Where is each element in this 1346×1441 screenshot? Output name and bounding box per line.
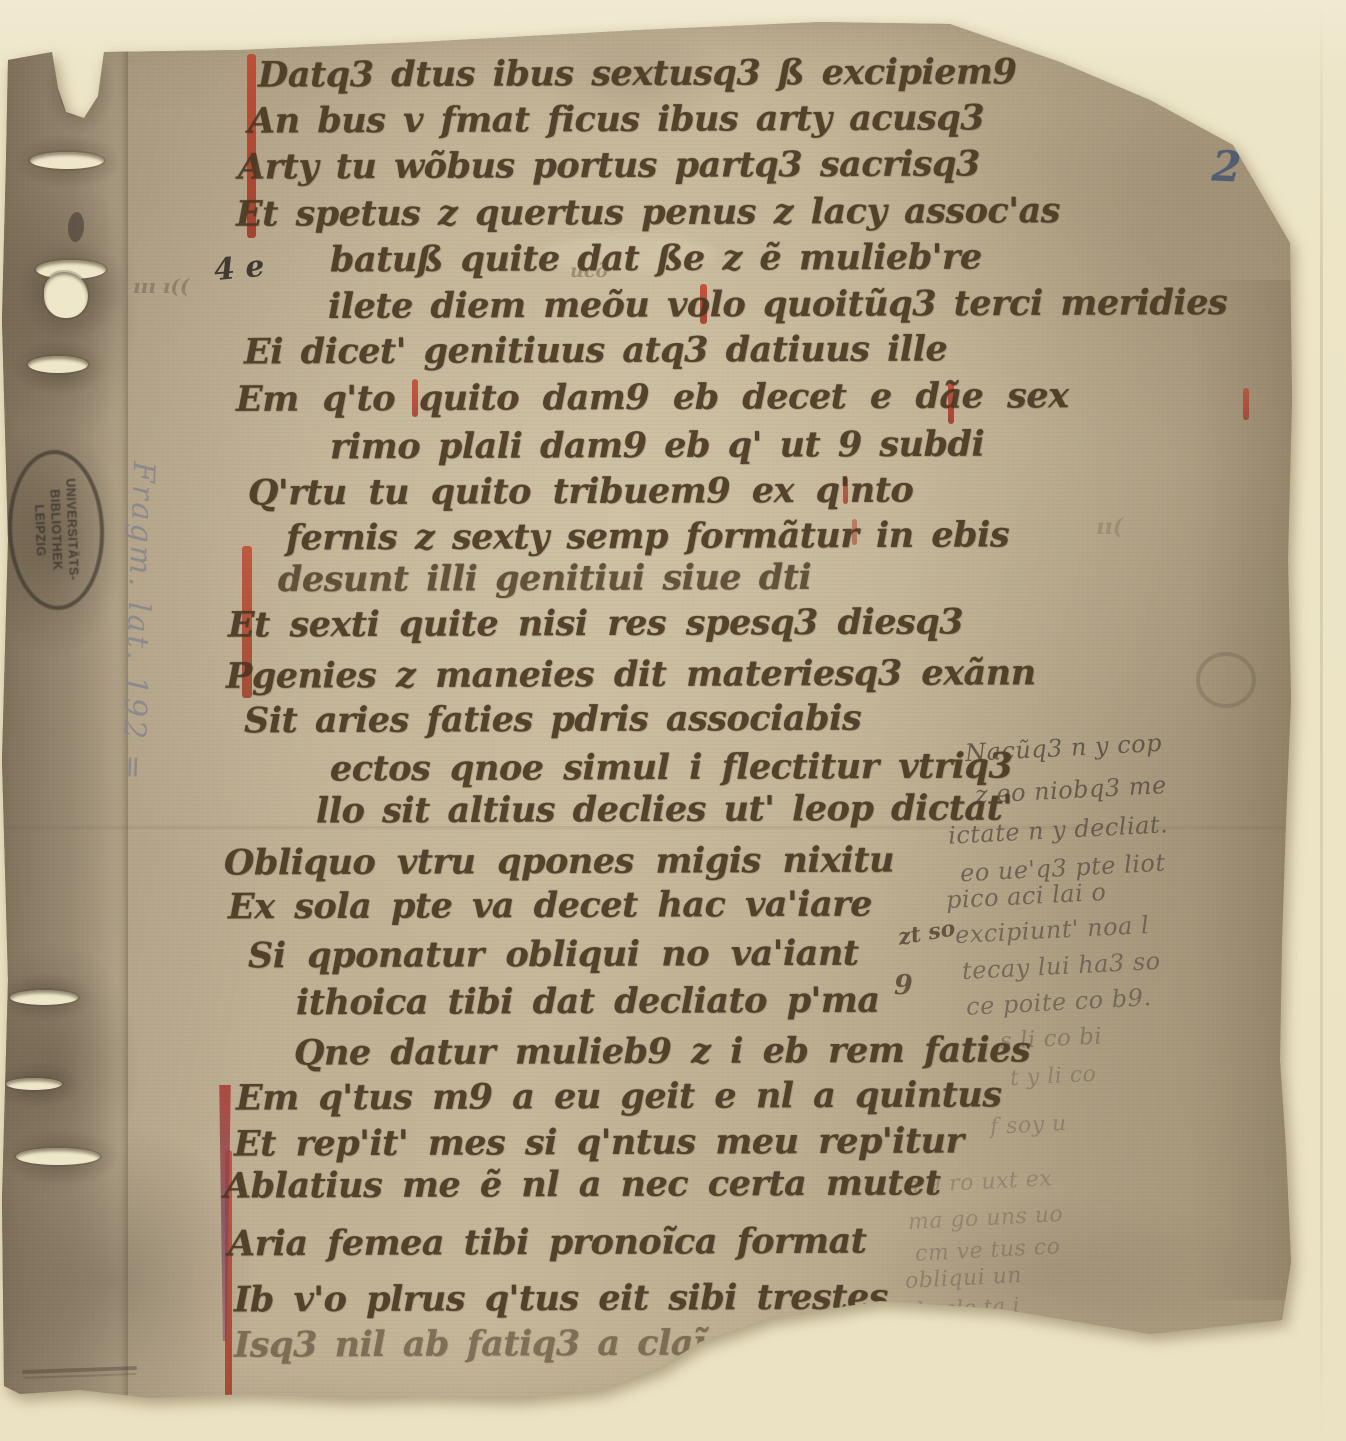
text-line: Aria femea tibi pronoĩca format [228, 1224, 867, 1262]
gloss-line: cm ve tus co [915, 1236, 1061, 1266]
text-line: rimo plali dam9 eb q' ut 9 subdi [330, 427, 984, 465]
marginal-note: 4 e [213, 252, 266, 286]
text-line: desunt illi genitiui siue dti [278, 560, 811, 597]
marginal-note: ııı ı(( [133, 276, 189, 296]
gloss-line: ma go uns uo [908, 1204, 1064, 1234]
marginal-note: ıı( [1096, 516, 1123, 538]
text-line: Ablatius me ẽ nl a nec certa mutet [224, 1165, 941, 1203]
stain [1190, 280, 1300, 1300]
text-line: batuß quite dat ße z ẽ mulieb're [330, 240, 982, 278]
text-line: Em q'to quito dam9 eb decet e dãe sex [236, 378, 1069, 417]
gloss-line: tecay lui ha3 so [962, 949, 1162, 983]
library-stamp-oval: UNIVERSITÄTS- BIBLIOTHEK LEIPZIG [5, 448, 107, 611]
text-line: Qne datur mulieb9 z i eb rem faties [294, 1032, 1030, 1070]
binding-slit [44, 272, 88, 318]
text-line: Arty tu wõbus portus partq3 sacrisq3 [238, 146, 980, 184]
gloss-line: n 9 ro uxt ex [905, 1168, 1053, 1198]
text-line: Si qponatur obliqui no va'iant [248, 936, 859, 974]
binding-slit [6, 1078, 62, 1090]
binding-slit [16, 1148, 100, 1165]
text-line: Sit aries faties pdris associabis [244, 701, 861, 739]
text-line: Obliquo vtru qpones migis nixitu [224, 843, 894, 881]
gloss-line: obliqui un [905, 1265, 1023, 1293]
library-stamp: UNIVERSITÄTS- BIBLIOTHEK LEIPZIG [10, 452, 102, 608]
text-line: Et sexti quite nisi res spesq3 diesq3 [228, 604, 963, 642]
text-line: Em q'tus m9 a eu geit e nl a quintus [236, 1077, 1002, 1115]
stamp-text: BIBLIOTHEK [46, 489, 65, 571]
text-line: Et rep'it' mes si q'ntus meu rep'itur [234, 1123, 964, 1161]
binding-slit [30, 152, 104, 169]
text-line: ectos qnoe simul i flectitur vtriq3 [330, 749, 1012, 787]
marginal-note: ucõ [570, 262, 608, 281]
text-line: ithoica tibi dat decliato p'ma [296, 983, 880, 1021]
gloss-line: f soy u [989, 1113, 1067, 1139]
parchment-shadow-wrap: UNIVERSITÄTS- BIBLIOTHEK LEIPZIG Fragm. … [0, 0, 1346, 1441]
text-line: Ex sola pte va decet hac va'iare [228, 887, 872, 925]
binding-slit [28, 356, 88, 373]
gloss-line: de cle ta i [910, 1295, 1021, 1322]
manuscript-fragment: UNIVERSITÄTS- BIBLIOTHEK LEIPZIG Fragm. … [0, 0, 1346, 1441]
text-line: Ei dicet' genitiuus atq3 datiuus ille [244, 331, 947, 369]
gloss-line: ce poite co b9. [965, 985, 1152, 1019]
marginal-note: zt so [897, 917, 957, 949]
gloss-line: pico aci lai o [945, 880, 1106, 912]
folio-number: 2 [1211, 145, 1242, 188]
binding-slit [10, 990, 78, 1005]
text-line: Ib v'o plrus q'tus eit sibi trestes [234, 1280, 888, 1318]
text-line: Datq3 dtus ibus sextusq3 ß excipiem9 [258, 54, 1017, 92]
gloss-line: Nacũq3 n y cop [965, 731, 1163, 765]
text-line: llo sit altius declies ut' leop dictat' [316, 790, 1013, 828]
text-line: Q'rtu tu quito tribuem9 ex q'nto [248, 473, 913, 511]
stamp-text: LEIPZIG [31, 504, 49, 557]
rubric-stroke [1243, 388, 1249, 420]
rubric-stroke [930, 1338, 936, 1352]
binding-slit [58, 54, 96, 116]
ring-stain [1196, 652, 1256, 708]
gloss-line: t y li co [1009, 1064, 1096, 1090]
slit-halo [44, 36, 114, 136]
gloss-line: s li co bi [999, 1025, 1102, 1053]
text-line: Et spetus z quertus penus z lacy assoc'a… [236, 193, 1060, 232]
gloss-line: so li c [931, 1323, 997, 1347]
binding-margin-band [0, 0, 128, 1441]
text-line: An bus v fmat ficus ibus arty acusq3 [248, 100, 984, 138]
text-line: Pgenies z maneies dit materiesq3 exãnn [226, 655, 1036, 694]
marginal-note: 9 [894, 972, 913, 999]
gloss-line: excipiunt' noa l [955, 913, 1150, 947]
photo-backdrop: UNIVERSITÄTS- BIBLIOTHEK LEIPZIG Fragm. … [0, 0, 1346, 1441]
text-line: Isq3 nil ab fatiq3 a claĩ nidm tibi eilt [234, 1324, 986, 1362]
text-line: fernis z sexty semp formãtur in ebis [286, 517, 1009, 555]
text-line: ilete diem meõu volo quoitũq3 terci meri… [328, 285, 1227, 324]
